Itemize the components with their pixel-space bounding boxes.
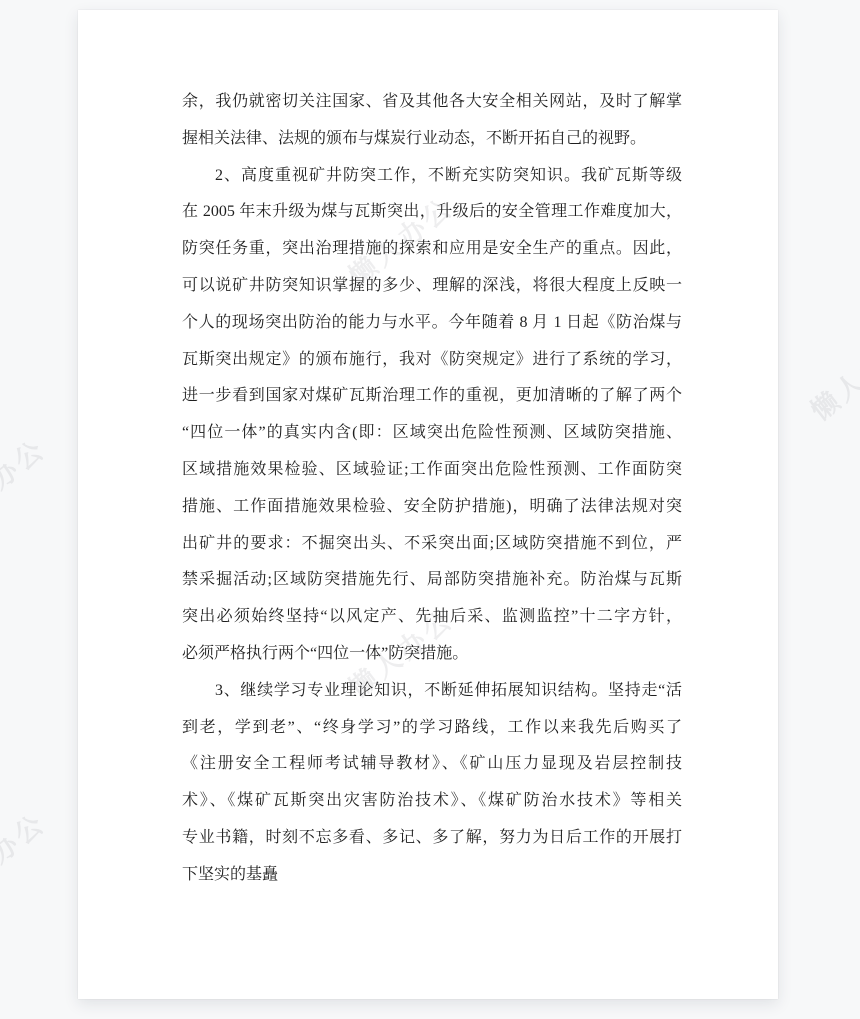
document-body: 余，我仍就密切关注国家、省及其他各大安全相关网站，及时了解掌 握相关法律、法规的… [182, 84, 682, 894]
text-line: 余，我仍就密切关注国家、省及其他各大安全相关网站，及时了解掌 [182, 84, 682, 121]
text-line: 下坚实的基矗 [182, 857, 682, 894]
watermark: 懒人办公 [801, 321, 860, 428]
text-line: 专业书籍，时刻不忘多看、多记、多了解，努力为日后工作的开展打 [182, 820, 682, 857]
text-line: 在 2005 年末升级为煤与瓦斯突出，升级后的安全管理工作难度加大， [182, 194, 682, 231]
text-line: 进一步看到国家对煤矿瓦斯治理工作的重视，更加清晰的了解了两个 [182, 378, 682, 415]
text-line: 瓦斯突出规定》的颁布施行，我对《防突规定》进行了系统的学习， [182, 342, 682, 379]
screenshot-root: { "colors": { "backdrop": "#f7f8f9", "pa… [0, 0, 860, 1019]
text-line: 措施、工作面措施效果检验、安全防护措施)，明确了法律法规对突 [182, 489, 682, 526]
text-line: 《注册安全工程师考试辅导教材》、《矿山压力显现及岩层控制技 [182, 746, 682, 783]
text-line: 区域措施效果检验、区域验证;工作面突出危险性预测、工作面防突 [182, 452, 682, 489]
text-line: 术》、《煤矿瓦斯突出灾害防治技术》、《煤矿防治水技术》等相关 [182, 783, 682, 820]
text-line: 2、高度重视矿井防突工作，不断充实防突知识。我矿瓦斯等级 [182, 158, 682, 195]
text-line: 个人的现场突出防治的能力与水平。今年随着 8 月 1 日起《防治煤与 [182, 305, 682, 342]
watermark: 懒人办公 [0, 802, 53, 909]
text-line: 禁采掘活动;区域防突措施先行、局部防突措施补充。防治煤与瓦斯 [182, 562, 682, 599]
text-line: 3、继续学习专业理论知识，不断延伸拓展知识结构。坚持走“活 [182, 673, 682, 710]
text-line: “四位一体”的真实内含(即：区域突出危险性预测、区域防突措施、 [182, 415, 682, 452]
text-line: 出矿井的要求：不掘突出头、不采突出面;区域防突措施不到位，严 [182, 526, 682, 563]
watermark: 懒人办公 [0, 428, 53, 535]
document-page: 余，我仍就密切关注国家、省及其他各大安全相关网站，及时了解掌 握相关法律、法规的… [78, 10, 778, 999]
text-line: 可以说矿井防突知识掌握的多少、理解的深浅，将很大程度上反映一 [182, 268, 682, 305]
text-line: 到老，学到老”、“终身学习”的学习路线，工作以来我先后购买了 [182, 710, 682, 747]
text-line: 防突任务重，突出治理措施的探索和应用是安全生产的重点。因此， [182, 231, 682, 268]
text-line: 突出必须始终坚持“以风定产、先抽后采、监测监控”十二字方针， [182, 599, 682, 636]
text-line: 握相关法律、法规的颁布与煤炭行业动态，不断开拓自己的视野。 [182, 121, 682, 158]
text-line: 必须严格执行两个“四位一体”防突措施。 [182, 636, 682, 673]
